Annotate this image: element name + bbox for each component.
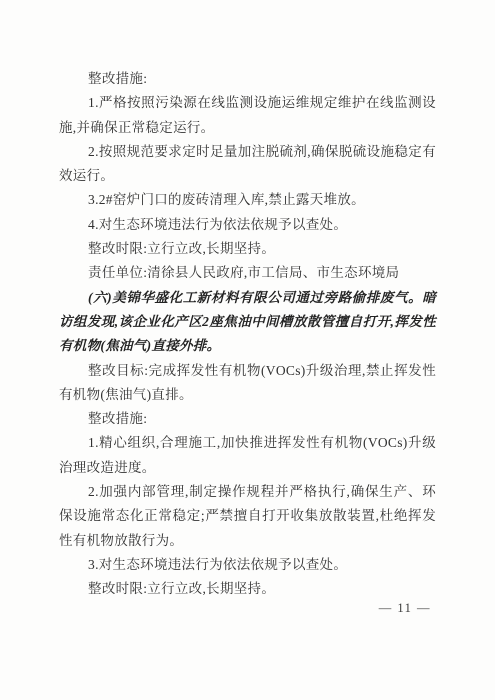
paragraph-measures-heading-2: 整改措施: bbox=[59, 407, 436, 431]
paragraph-goal: 整改目标:完成挥发性有机物(VOCs)升级治理,禁止挥发性有机物(焦油气)直排。 bbox=[59, 359, 436, 408]
paragraph-deadline: 整改时限:立行立改,长期坚持。 bbox=[59, 237, 436, 261]
paragraph-measures-heading: 整改措施: bbox=[59, 67, 436, 91]
paragraph-measure-2-1: 1.精心组织,合理施工,加快推进挥发性有机物(VOCs)升级治理改造进度。 bbox=[59, 431, 436, 480]
paragraph-issue-6-heading: (六)美锦华盛化工新材料有限公司通过旁路偷排废气。暗访组发现,该企业化产区2座焦… bbox=[59, 286, 436, 359]
paragraph-measure-2: 2.按照规范要求定时足量加注脱硫剂,确保脱硫设施稳定有效运行。 bbox=[59, 140, 436, 189]
paragraph-measure-1: 1.严格按照污染源在线监测设施运维规定维护在线监测设施,并确保正常稳定运行。 bbox=[59, 91, 436, 140]
paragraph-responsible-units: 责任单位:清徐县人民政府,市工信局、市生态环境局 bbox=[59, 261, 436, 285]
page-number: — 11 — bbox=[379, 601, 431, 616]
paragraph-measure-3: 3.2#窑炉门口的废砖清理入库,禁止露天堆放。 bbox=[59, 188, 436, 212]
document-body: 整改措施: 1.严格按照污染源在线监测设施运维规定维护在线监测设施,并确保正常稳… bbox=[59, 67, 436, 602]
paragraph-measure-2-3: 3.对生态环境违法行为依法依规予以查处。 bbox=[59, 553, 436, 577]
paragraph-deadline-2: 整改时限:立行立改,长期坚持。 bbox=[59, 577, 436, 601]
paragraph-measure-2-2: 2.加强内部管理,制定操作规程并严格执行,确保生产、环保设施常态化正常稳定;严禁… bbox=[59, 480, 436, 553]
paragraph-measure-4: 4.对生态环境违法行为依法依规予以查处。 bbox=[59, 213, 436, 237]
document-page: 整改措施: 1.严格按照污染源在线监测设施运维规定维护在线监测设施,并确保正常稳… bbox=[0, 0, 495, 700]
